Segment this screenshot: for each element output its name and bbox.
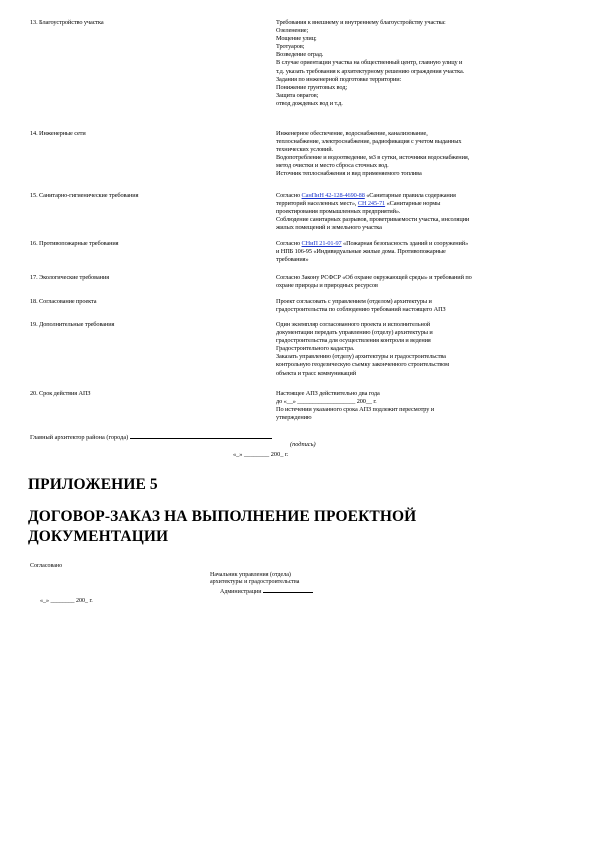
text-line: Возведение оград. — [276, 51, 566, 59]
signature-caption: (подпись) — [290, 441, 316, 449]
date-line: до «__» ___________________ 200__ г. — [276, 398, 566, 406]
approval-right-line2: архитектуры и градостроительства — [210, 578, 299, 586]
text-line: Проект согласовать с управлением (отдело… — [276, 298, 566, 306]
text-line: Водопотребление и водоотведение, м3 в су… — [276, 154, 566, 162]
text-line: Настоящее АПЗ действительно два года — [276, 390, 566, 398]
text-line: объекта и трасс коммуникаций — [276, 370, 566, 378]
text-line: Один экземпляр согласованного проекта и … — [276, 321, 566, 329]
approval-date: «_» ________ 200_ г. — [40, 597, 93, 605]
appendix-title: ПРИЛОЖЕНИЕ 5 — [28, 475, 158, 495]
row-value: Требования к внешнему и внутреннему благ… — [276, 19, 566, 108]
text-line: Инженерное обеспечение, водоснабжение, к… — [276, 130, 566, 138]
row-label: 20. Срок действия АПЗ — [30, 390, 270, 398]
text-line: охране природы и природных ресурсов — [276, 282, 566, 290]
text-line: Заказать управлению (отделу) архитектуры… — [276, 353, 566, 361]
approval-left-label: Согласовано — [30, 562, 62, 570]
sanpin-link[interactable]: СанПиН 42-128-4690-88 — [302, 192, 365, 199]
row-value: Согласно Закону РСФСР «Об охране окружаю… — [276, 274, 566, 290]
row-label: 15. Санитарно-гигиенические требования — [30, 192, 270, 200]
appendix-heading-line1: ДОГОВОР-ЗАКАЗ НА ВЫПОЛНЕНИЕ ПРОЕКТНОЙ — [28, 507, 416, 527]
approval-right-line3: Администрации — [220, 586, 313, 596]
text-line: Тротуаров; — [276, 43, 566, 51]
text-line: т.д. указать требования к архитектурному… — [276, 68, 566, 76]
text-line: утверждению — [276, 414, 566, 422]
text-line: жилых помещений и земельного участка — [276, 224, 566, 232]
row-label: 17. Экологические требования — [30, 274, 270, 282]
text-line: Понижение грунтовых вод; — [276, 84, 566, 92]
sn-link[interactable]: СН 245-71 — [358, 200, 385, 207]
snip-link[interactable]: СНиП 21-01-97 — [302, 240, 342, 247]
text-line: проектирования промышленных предприятий»… — [276, 208, 566, 216]
text-line: Соблюдение санитарных разрывов, проветри… — [276, 216, 566, 224]
text-line: отвод дождевых вод и т.д. — [276, 100, 566, 108]
row-value: Согласно СанПиН 42-128-4690-88 «Санитарн… — [276, 192, 566, 232]
row-label: 18. Согласование проекта — [30, 298, 270, 306]
text-line: Защита оврагов; — [276, 92, 566, 100]
text-line: Согласно СНиП 21-01-97 «Пожарная безопас… — [276, 240, 566, 248]
text-line: метод очистки и место сброса сточных вод… — [276, 162, 566, 170]
row-label: 16. Противопожарные требования — [30, 240, 270, 248]
text-line: В случае ориентации участка на обществен… — [276, 59, 566, 67]
row-value: Согласно СНиП 21-01-97 «Пожарная безопас… — [276, 240, 566, 264]
text-line: документации передать управлению (отделу… — [276, 329, 566, 337]
row-value: Один экземпляр согласованного проекта и … — [276, 321, 566, 378]
text-line: градостроительства по соблюдению требова… — [276, 306, 566, 314]
signature-date: «_» ________ 200_ г. — [233, 451, 288, 459]
text-line: Градостроительного кадастра. — [276, 345, 566, 353]
row-value: Инженерное обеспечение, водоснабжение, к… — [276, 130, 566, 179]
text-line: Согласно Закону РСФСР «Об охране окружаю… — [276, 274, 566, 282]
text-line: Требования к внешнему и внутреннему благ… — [276, 19, 566, 27]
text-line: Озеленение; — [276, 27, 566, 35]
text-line: Мощение улиц; — [276, 35, 566, 43]
row-label: 14. Инженерные сети — [30, 130, 270, 138]
text-line: контрольную геодезическую съемку законче… — [276, 361, 566, 369]
text-line: технических условий. — [276, 146, 566, 154]
text-line: градостроительства для осуществления кон… — [276, 337, 566, 345]
text-line: требования» — [276, 256, 566, 264]
text-line: и НПБ 106-95 «Индивидуальные жилые дома.… — [276, 248, 566, 256]
text-line: Согласно СанПиН 42-128-4690-88 «Санитарн… — [276, 192, 566, 200]
administration-line — [263, 586, 313, 593]
text-line: Источник теплоснабжения и вид применяемо… — [276, 170, 566, 178]
row-value: Настоящее АПЗ действительно два года до … — [276, 390, 566, 422]
signature-line — [130, 432, 272, 439]
text-line: По истечении указанного срока АПЗ подлеж… — [276, 406, 566, 414]
row-label: 13. Благоустройство участка — [30, 19, 270, 27]
signature-label: Главный архитектор района (города) — [30, 432, 272, 442]
row-label: 19. Дополнительные требования — [30, 321, 270, 329]
text-line: теплоснабжение, электроснабжение, радиоф… — [276, 138, 566, 146]
text-line: Задания по инженерной подготовке террито… — [276, 76, 566, 84]
text-line: территорий населенных мест», СН 245-71 «… — [276, 200, 566, 208]
appendix-heading-line2: ДОКУМЕНТАЦИИ — [28, 527, 168, 547]
row-value: Проект согласовать с управлением (отдело… — [276, 298, 566, 314]
